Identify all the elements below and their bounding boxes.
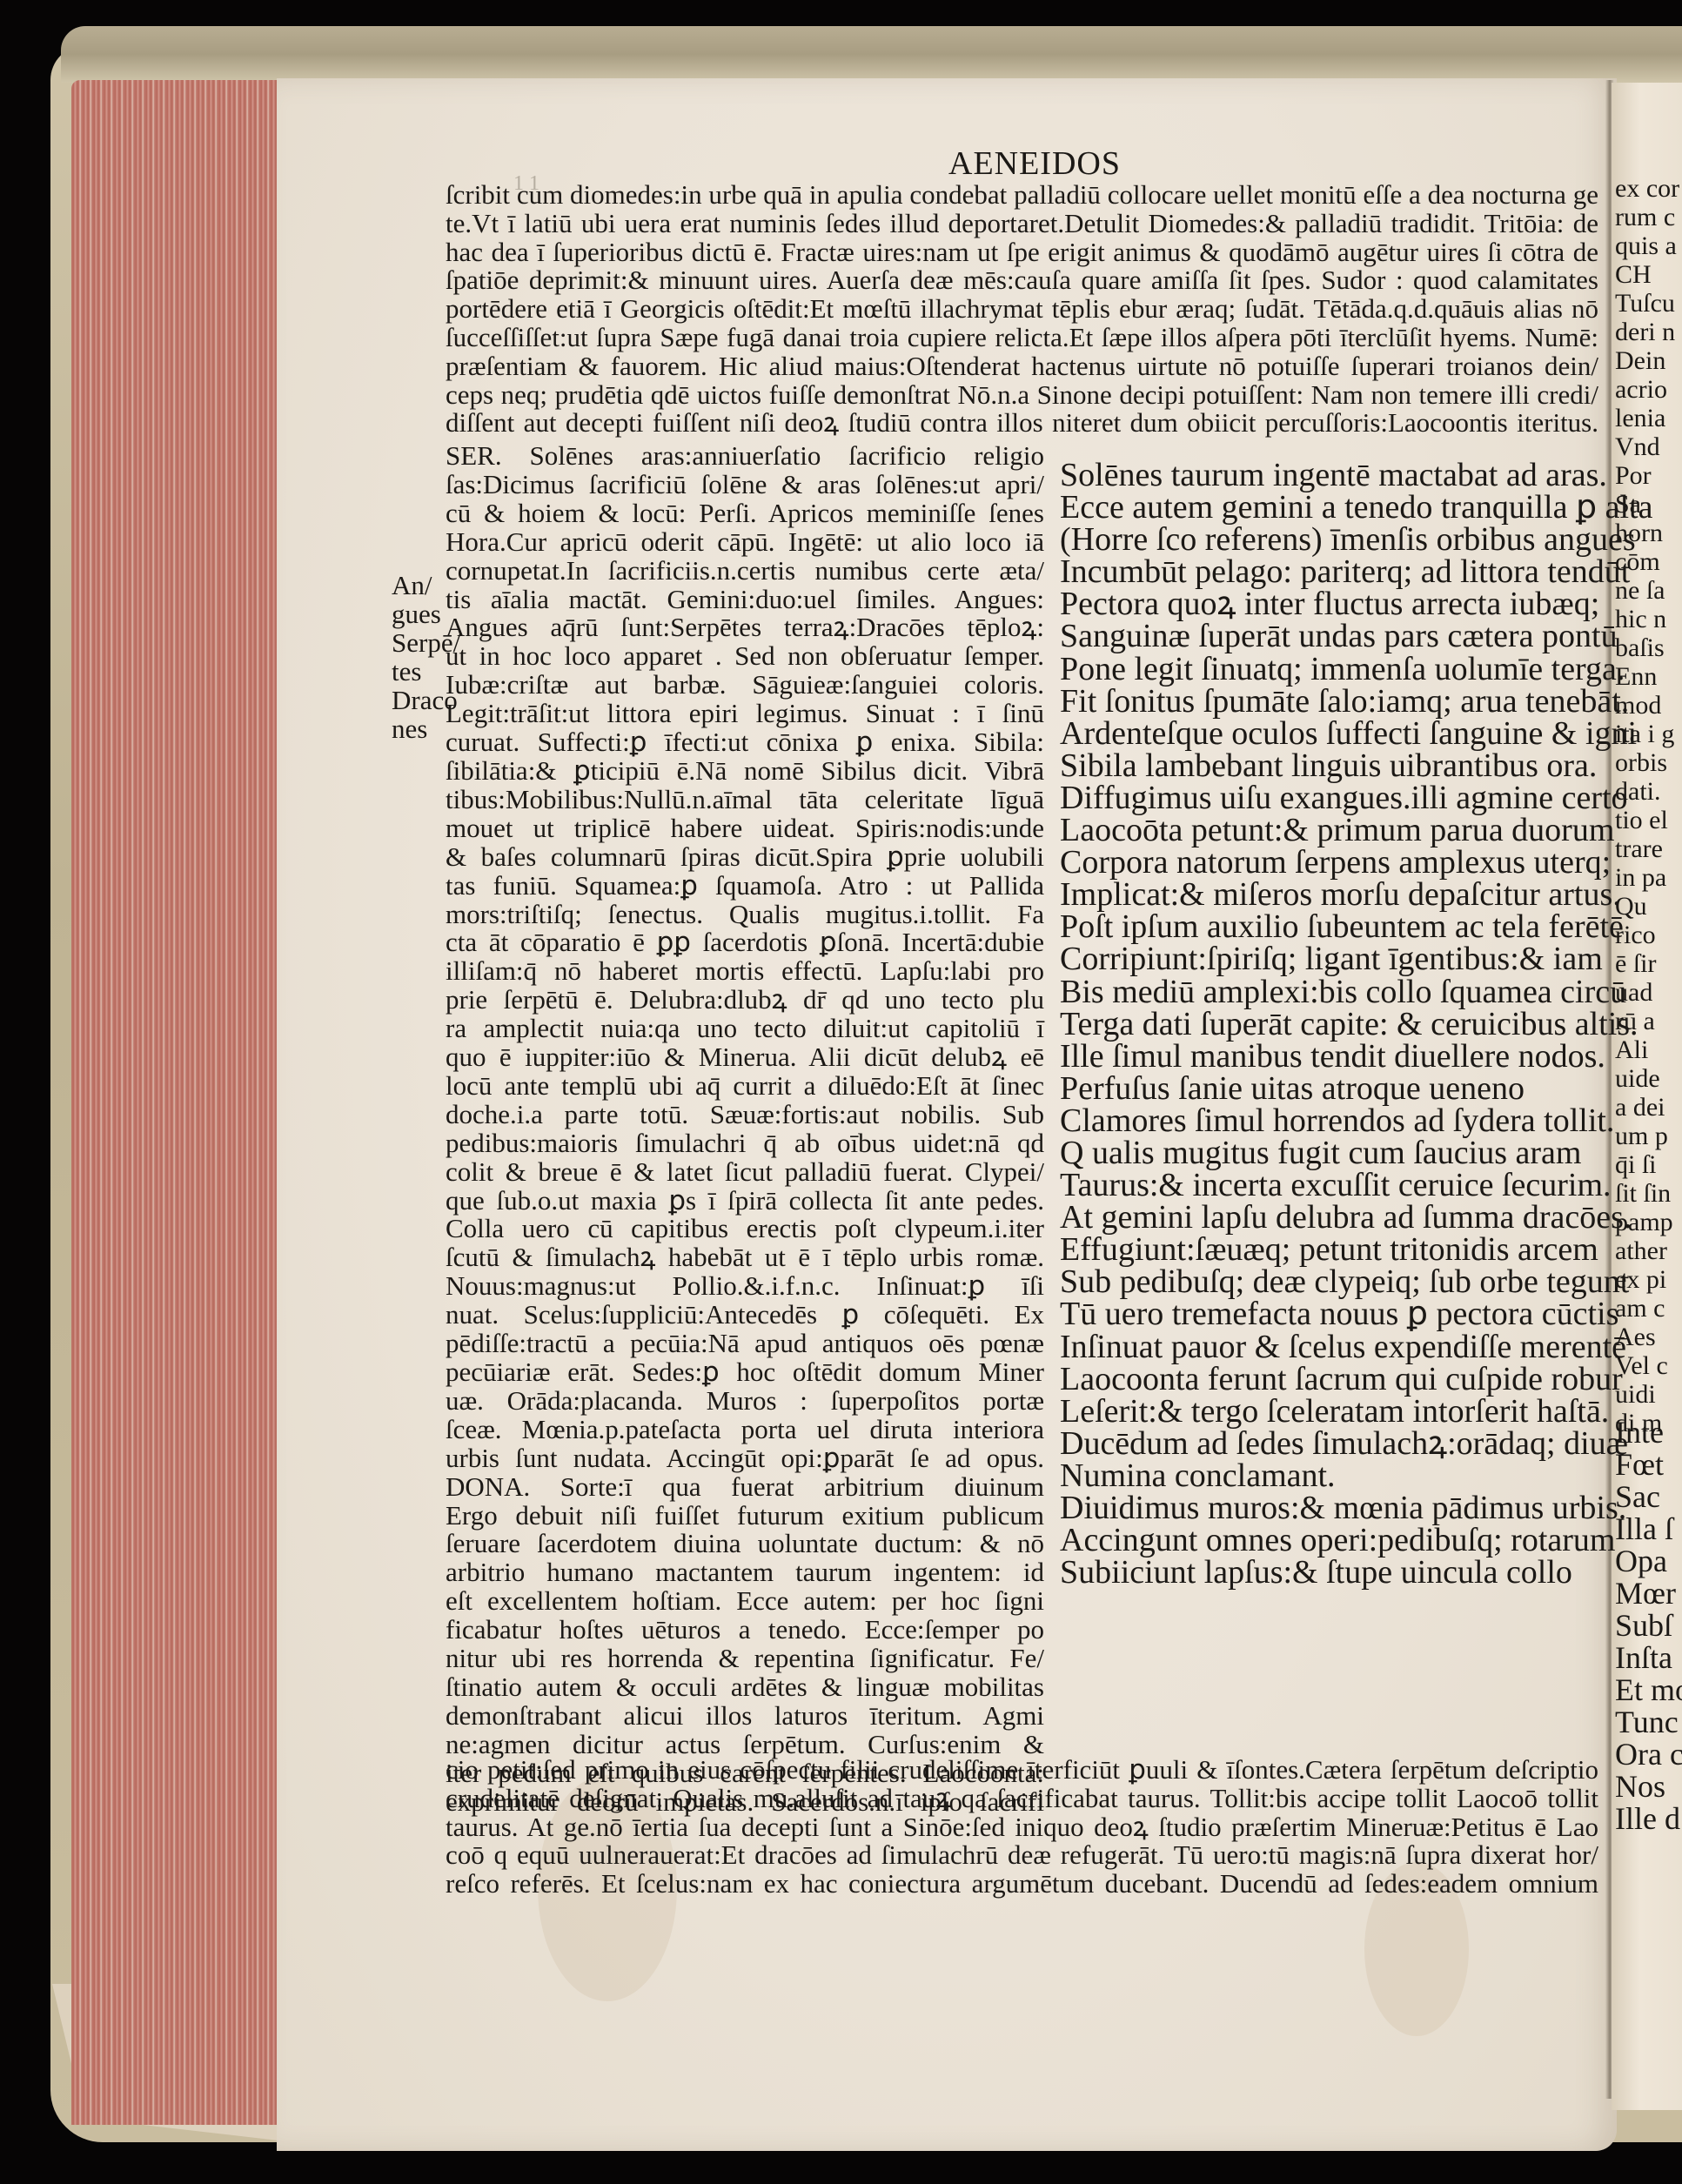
verse-line: Terga dati ſuperāt capite: & ceruicibus …	[1060, 1008, 1599, 1041]
commentary-line: ficabatur hoſtes uēturos a tenedo. Ecce:…	[446, 1616, 1044, 1645]
commentary-line: cū & hoiem & locū: Perſi. Apricos memini…	[446, 499, 1044, 528]
fragment-line: CH	[1615, 260, 1679, 289]
fragment-line: Sac	[1615, 1481, 1682, 1513]
fragment-line: Inte	[1615, 1417, 1682, 1449]
verse-line: Clamores ſimul horrendos ad ſydera tolli…	[1060, 1105, 1599, 1137]
verse-line: Bis mediū amplexi:bis collo ſquamea circ…	[1060, 976, 1599, 1008]
commentary-line: Angues aq̄rū ſunt:Serpētes terraꝝ:Dracōe…	[446, 613, 1044, 642]
verse-line: Inſinuat pauor & ſcelus expendiſſe meren…	[1060, 1331, 1599, 1363]
fragment-line: mod	[1615, 691, 1679, 720]
commentary-line: urbis ſunt nudata. Accingūt opi:ꝑparāt ſ…	[446, 1444, 1044, 1473]
fragment-line: orbis	[1615, 748, 1679, 777]
commentary-line: tas funiū. Squamea:ꝑ ſquamoſa. Atro : ut…	[446, 872, 1044, 901]
commentary-line: nuat. Scelus:ſuppliciū:Antecedēs ꝑ cōſeq…	[446, 1301, 1044, 1330]
fragment-line: in pa	[1615, 863, 1679, 892]
commentary-line: diſſent aut decepti fuiſſent niſi deoꝝ ſ…	[446, 409, 1598, 438]
verse-line: Tū uero tremefacta nouus ꝑ pectora cūcti…	[1060, 1298, 1599, 1330]
commentary-line: reſco referēs. Et ſcelus:nam ex hac coni…	[446, 1870, 1598, 1899]
fragment-line: uide	[1615, 1064, 1679, 1093]
fragment-line: uidi	[1615, 1380, 1679, 1409]
commentary-line: DONA. Sorte:ī qua fuerat arbitrium diuin…	[446, 1473, 1044, 1502]
fragment-line: Sa	[1615, 490, 1679, 519]
commentary-line: demonſtrabant alicui illos laturos īteri…	[446, 1702, 1044, 1731]
commentary-line: tibus:Mobilibus:Nullū.n.aīmal tāta celer…	[446, 786, 1044, 814]
verse-line: Laocoōta petunt:& primum parua duorum	[1060, 814, 1599, 847]
fragment-line: Por	[1615, 461, 1679, 490]
commentary-line: illiſam:q̄ nō haberet mortis effectū. La…	[446, 957, 1044, 986]
verse-line: Ducēdum ad ſedes ſimulachꝝ:orādaq; diuæ	[1060, 1428, 1599, 1460]
commentary-bottom-block: cio petit:ſed primo in eius cōſpectu fil…	[446, 1756, 1598, 1899]
verse-line: Sibila lambebant linguis uibrantibus ora…	[1060, 750, 1599, 782]
commentary-top-block: ſcribit cum diomedes:in urbe quā in apul…	[446, 181, 1598, 438]
fragment-line: tio el	[1615, 806, 1679, 834]
commentary-line: Hora.Cur apricū oderit cāpū. Ingētē: ut …	[446, 528, 1044, 557]
verse-line: Sub pedibuſq; deæ clypeiq; ſub orbe tegu…	[1060, 1266, 1599, 1298]
commentary-line: cornupetat.In ſacrificiis.n.certis numib…	[446, 557, 1044, 586]
verse-line: Pectora quoꝝ inter fluctus arrecta iubæq…	[1060, 588, 1599, 620]
fragment-line: Vnd	[1615, 432, 1679, 461]
verse-line: Accingunt omnes operi:pedibuſq; rotarum	[1060, 1524, 1599, 1557]
commentary-line: colit & breue ē & latet ſicut palladiū f…	[446, 1158, 1044, 1187]
fragment-line: q̄i ſi	[1615, 1150, 1679, 1179]
fragment-line: rico	[1615, 921, 1679, 949]
fragment-line: Mœr	[1615, 1578, 1682, 1610]
fragment-line: Enn	[1615, 662, 1679, 691]
verse-line: Q ualis mugitus fugit cum ſaucius aram	[1060, 1137, 1599, 1169]
commentary-line: arbitrio humano mactantem taurum ingente…	[446, 1558, 1044, 1587]
verse-line: Implicat:& miſeros morſu depaſcitur artu…	[1060, 879, 1599, 911]
fragment-line: trare	[1615, 834, 1679, 863]
fragment-line: um p	[1615, 1122, 1679, 1150]
next-page-verse-fragments: InteFœtSacIlla ſOpaMœrSubſInſtaEt moTunc…	[1615, 1417, 1682, 1835]
red-stained-page-edges	[71, 80, 280, 2125]
fragment-line: Dein	[1615, 346, 1679, 375]
commentary-line: præſentiam & fauorem. Hic aliud maius:Oſ…	[446, 352, 1598, 381]
verse-line: Perfuſus ſanie uitas atroque ueneno	[1060, 1073, 1599, 1105]
commentary-line: & baſes columnarū ſpiras dicūt.Spira ꝑpr…	[446, 843, 1044, 872]
verse-line: Incumbūt pelago: pariterq; ad littora te…	[1060, 556, 1599, 588]
fragment-line: hic n	[1615, 605, 1679, 633]
commentary-line: ſibilātia:& ꝑticipiū ē.Nā nomē Sibilus d…	[446, 757, 1044, 786]
commentary-line: locū ante templū ubi aq̄ currit a diluēd…	[446, 1072, 1044, 1101]
fragment-line: Nos	[1615, 1771, 1682, 1803]
binding-headcap	[61, 26, 1682, 83]
fragment-line: Ali	[1615, 1035, 1679, 1064]
commentary-line: ſpatiōe deprimit:& minuunt uires. Auerſa…	[446, 266, 1598, 295]
commentary-line: ſtinatio autem & occuli ardētes & linguæ…	[446, 1673, 1044, 1702]
commentary-line: ut in hoc loco apparet . Sed non obſerua…	[446, 642, 1044, 671]
fragment-line: ita i g	[1615, 720, 1679, 748]
commentary-line: mouet ut triplicē habere uideat. Spiris:…	[446, 814, 1044, 843]
fragment-line: ex pi	[1615, 1265, 1679, 1294]
commentary-line: ſcribit cum diomedes:in urbe quā in apul…	[446, 181, 1598, 210]
fragment-line: acrio	[1615, 375, 1679, 404]
fragment-line: quis a	[1615, 231, 1679, 260]
verse-column: Solēnes taurum ingentē mactabat ad aras.…	[1060, 459, 1599, 1589]
verse-line: Corripiunt:ſpiriſq; ligant īgentibus:& i…	[1060, 943, 1599, 975]
verse-line: Laocoonta ferunt ſacrum qui cuſpide robu…	[1060, 1363, 1599, 1396]
commentary-line: ſceæ. Mœnia.p.pateſacta porta uel diruta…	[446, 1416, 1044, 1444]
fragment-line: cōm	[1615, 547, 1679, 576]
commentary-line: ſcutū & ſimulachꝝ habebāt ut ē ī tēplo u…	[446, 1243, 1044, 1272]
verse-line: Poſt ipſum auxilio ſubeuntem ac tela fer…	[1060, 911, 1599, 943]
verse-line: At gemini lapſu delubra ad ſumma dracōes…	[1060, 1202, 1599, 1234]
verse-line: Diuidimus muros:& mœnia pādimus urbis.	[1060, 1492, 1599, 1524]
fragment-line: a dei	[1615, 1093, 1679, 1122]
fragment-line: lenia	[1615, 404, 1679, 432]
commentary-line: pēdiſſe:tractū a pecūia:Nā apud antiquos…	[446, 1330, 1044, 1358]
verse-line: Effugiunt:ſæuæq; petunt tritonidis arcem	[1060, 1234, 1599, 1266]
fragment-line: Inſta	[1615, 1642, 1682, 1674]
commentary-line: ra amplectit nuia:qa uno tecto diluit:ut…	[446, 1015, 1044, 1043]
verse-line: Ille ſimul manibus tendit diuellere nodo…	[1060, 1041, 1599, 1073]
commentary-line: nitur ubi res horrenda & repentina ſigni…	[446, 1645, 1044, 1673]
commentary-line: cio petit:ſed primo in eius cōſpectu fil…	[446, 1756, 1598, 1785]
verse-line: Leſerit:& tergo ſceleratam intorſerit ha…	[1060, 1396, 1599, 1428]
fragment-line: ē ſir	[1615, 949, 1679, 978]
fragment-line: ex cor	[1615, 174, 1679, 203]
fragment-line: Illa ſ	[1615, 1513, 1682, 1545]
commentary-line: pecūiariæ erāt. Sedes:ꝑ hoc oſtēdit domu…	[446, 1358, 1044, 1387]
fragment-line: Opa	[1615, 1545, 1682, 1578]
commentary-line: doche.i.a parte totū. Sæuæ:fortis:aut no…	[446, 1101, 1044, 1129]
commentary-left-column: SER. Solēnes aras:anniuerſatio ſacrifici…	[446, 442, 1044, 1817]
verse-line: Sanguinæ ſuperāt undas pars cætera pontū	[1060, 620, 1599, 653]
commentary-line: Iubæ:criſtæ aut barbæ. Sāguieæ:ſanguiei …	[446, 671, 1044, 700]
commentary-line: hac dea ī ſuperioribus dictū ē. Fractæ u…	[446, 238, 1598, 267]
commentary-line: SER. Solēnes aras:anniuerſatio ſacrifici…	[446, 442, 1044, 471]
fragment-line: Vel c	[1615, 1351, 1679, 1380]
verse-line: Ecce autem gemini a tenedo tranquilla ꝑ …	[1060, 492, 1599, 524]
commentary-line: eſt excellentem hoſtiam. Ecce autem: per…	[446, 1587, 1044, 1616]
fragment-line: rū a	[1615, 1007, 1679, 1035]
fragment-line: horn	[1615, 519, 1679, 547]
fragment-line: baſis	[1615, 633, 1679, 662]
commentary-line: Nouus:magnus:ut Pollio.&.i.f.n.c. Inſinu…	[446, 1272, 1044, 1301]
fragment-line: pamp	[1615, 1208, 1679, 1236]
verse-line: Solēnes taurum ingentē mactabat ad aras.	[1060, 459, 1599, 492]
fragment-line: am c	[1615, 1294, 1679, 1323]
commentary-line: ceps neq; prudētia qdē uictos fuiſſe dem…	[446, 381, 1598, 410]
fragment-line: Qu	[1615, 892, 1679, 921]
fragment-line: Subſ	[1615, 1610, 1682, 1642]
commentary-line: ſucceſſiſſet:ut ſupra Sæpe fugā danai tr…	[446, 324, 1598, 352]
commentary-line: cta āt cōparatio ē ꝑꝑ ſacerdotis ꝑſonā. …	[446, 928, 1044, 957]
fragment-line: ne ſa	[1615, 576, 1679, 605]
commentary-line: prie ſerpētū ē. Delubra:dlubꝝ dr̄ qd uno…	[446, 986, 1044, 1015]
fragment-line: Tuſcu	[1615, 289, 1679, 318]
commentary-line: crudelitatē deſignat. Qualis mu.alluſit …	[446, 1785, 1598, 1813]
fragment-line: Et mo	[1615, 1674, 1682, 1706]
verse-line: Fit ſonitus ſpumāte ſalo:iamq; arua tene…	[1060, 686, 1599, 718]
commentary-line: portēdere etiā ī Georgicis oſtēdit:Et mœ…	[446, 295, 1598, 324]
commentary-line: que ſub.o.ut maxia ꝑs ī ſpirā collecta ſ…	[446, 1187, 1044, 1216]
verse-line: Diffugimus uiſu exangues.illi agmine cer…	[1060, 782, 1599, 814]
commentary-line: mors:triſtiſq; ſenectus. Qualis mugitus.…	[446, 901, 1044, 929]
fragment-line: uad	[1615, 978, 1679, 1007]
fragment-line: Ille d	[1615, 1803, 1682, 1835]
verse-line: Numina conclamant.	[1060, 1460, 1599, 1492]
verse-line: Pone legit ſinuatq; immenſa uolumīe terg…	[1060, 653, 1599, 686]
fragment-line: Tunc	[1615, 1706, 1682, 1738]
commentary-line: curuat. Suffecti:ꝑ īfecti:ut cōnixa ꝑ en…	[446, 728, 1044, 757]
commentary-line: Legit:trāſit:ut littora epiri legimus. S…	[446, 700, 1044, 728]
commentary-line: pedibus:maioris ſimulachri q̄ ab oībus u…	[446, 1129, 1044, 1158]
verse-line: Subiiciunt lapſus:& ſtupe uincula collo	[1060, 1557, 1599, 1589]
verse-line: Taurus:& incerta excuſſit ceruice ſecuri…	[1060, 1169, 1599, 1202]
commentary-line: taurus. At ge.nō īertia ſua decepti ſunt…	[446, 1813, 1598, 1842]
fragment-line: rum c	[1615, 203, 1679, 231]
fragment-line: ather	[1615, 1236, 1679, 1265]
running-head: AENEIDOS	[948, 144, 1121, 183]
commentary-line: ſeruare ſacerdotem diuina uoluntate duct…	[446, 1530, 1044, 1558]
commentary-line: tis aīalia mactāt. Gemini:duo:uel ſimile…	[446, 586, 1044, 614]
next-page-commentary-fragments: ex corrum cquis a CHTuſcuderi nDeinacrio…	[1615, 174, 1679, 1437]
commentary-line: coō q equū uulnerauerat:Et dracōes ad ſi…	[446, 1841, 1598, 1870]
fragment-line: dati.	[1615, 777, 1679, 806]
fragment-line: deri n	[1615, 318, 1679, 346]
commentary-line: Colla uero cū capitibus erectis poſt cly…	[446, 1215, 1044, 1243]
verse-line: (Horre ſco referens) īmenſis orbibus ang…	[1060, 524, 1599, 556]
fragment-line: ſit ſin	[1615, 1179, 1679, 1208]
commentary-line: ſas:Dicimus ſacrificiū ſolēne & aras ſol…	[446, 471, 1044, 499]
commentary-line: quo ē iuppiter:iūo & Minerua. Alii dicūt…	[446, 1043, 1044, 1072]
verse-line: Corpora natorum ſerpens amplexus uterq;	[1060, 847, 1599, 879]
fragment-line: Fœt	[1615, 1449, 1682, 1481]
commentary-line: uæ. Orāda:placanda. Muros : ſuperpoſitos…	[446, 1387, 1044, 1416]
commentary-line: Ergo debuit niſi fuiſſet futurum exitium…	[446, 1502, 1044, 1531]
commentary-line: te.Vt ī latiū ubi uera erat numinis ſede…	[446, 210, 1598, 238]
fragment-line: Ora c	[1615, 1738, 1682, 1771]
fragment-line: Aes	[1615, 1323, 1679, 1351]
verse-line: Ardenteſque oculos ſuffecti ſanguine & i…	[1060, 718, 1599, 750]
